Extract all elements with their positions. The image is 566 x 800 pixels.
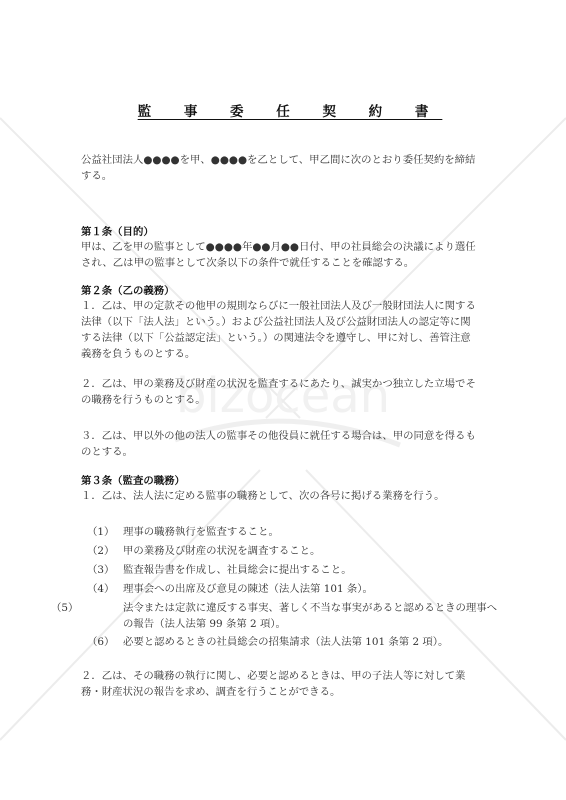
document-title: 監 事 委 任 契 約 書 (0, 100, 566, 120)
list-item: （5）法令または定款に違反する事実、著しく不当な事実があると認めるときの理事への… (87, 600, 503, 632)
article-1-heading: 第１条（目的） (81, 223, 154, 238)
list-item-text: 理事の職務執行を監査すること。 (123, 526, 279, 538)
article-2-paragraph-1: １．乙は、甲の定款その他甲の規則ならびに一般社団法人及び一般財団法人に関する法律… (81, 298, 481, 362)
list-item-number: （1） (87, 524, 123, 540)
preamble: 公益社団法人●●●●を甲、●●●●を乙として、甲乙間に次のとおり委任契約を締結す… (81, 152, 481, 184)
list-item-text: 必要と認めるときの社員総会の招集請求（法人法第 101 条第 2 項）。 (123, 636, 448, 648)
article-2-paragraph-3: ３．乙は、甲以外の他の法人の監事その他役員に就任する場合は、甲の同意を得るものと… (81, 428, 481, 460)
article-3-heading: 第３条（監査の職務） (81, 472, 185, 487)
article-3-paragraph-1: １．乙は、法人法に定める監事の職務として、次の各号に掲げる業務を行う。 (81, 488, 481, 504)
list-item-text: 法令または定款に違反する事実、著しく不当な事実があると認めるときの理事への報告（… (123, 602, 497, 630)
list-item: （1）理事の職務執行を監査すること。 (87, 524, 487, 540)
list-item: （6）必要と認めるときの社員総会の招集請求（法人法第 101 条第 2 項）。 (87, 634, 487, 650)
article-2-heading: 第２条（乙の義務） (81, 282, 175, 297)
list-item-text: 甲の業務及び財産の状況を調査すること。 (123, 545, 320, 557)
list-item: （4）理事会への出席及び意見の陳述（法人法第 101 条）。 (87, 581, 487, 597)
document-page: bizocean 監 事 委 任 契 約 書 公益社団法人●●●●を甲、●●●●… (0, 0, 566, 800)
article-1-paragraph-1: 甲は、乙を甲の監事として●●●●年●●月●●日付、甲の社員総会の決議により選任さ… (81, 239, 481, 271)
list-item-text: 理事会への出席及び意見の陳述（法人法第 101 条）。 (123, 583, 373, 595)
list-item-text: 監査報告書を作成し、社員総会に提出すること。 (123, 564, 352, 576)
list-item: （3）監査報告書を作成し、社員総会に提出すること。 (87, 562, 487, 578)
list-item-number: （3） (87, 562, 123, 578)
list-item-number: （2） (87, 543, 123, 559)
document-title-text: 監 事 委 任 契 約 書 (124, 104, 443, 120)
list-item-number: （5） (87, 600, 123, 616)
article-3-paragraph-2: ２．乙は、その職務の執行に関し、必要と認めるときは、甲の子法人等に対して業務・財… (81, 668, 481, 700)
list-item-number: （4） (87, 581, 123, 597)
article-2-paragraph-2: ２．乙は、甲の業務及び財産の状況を監査するにあたり、誠実かつ独立した立場でその職… (81, 376, 481, 408)
list-item: （2）甲の業務及び財産の状況を調査すること。 (87, 543, 487, 559)
list-item-number: （6） (87, 634, 123, 650)
